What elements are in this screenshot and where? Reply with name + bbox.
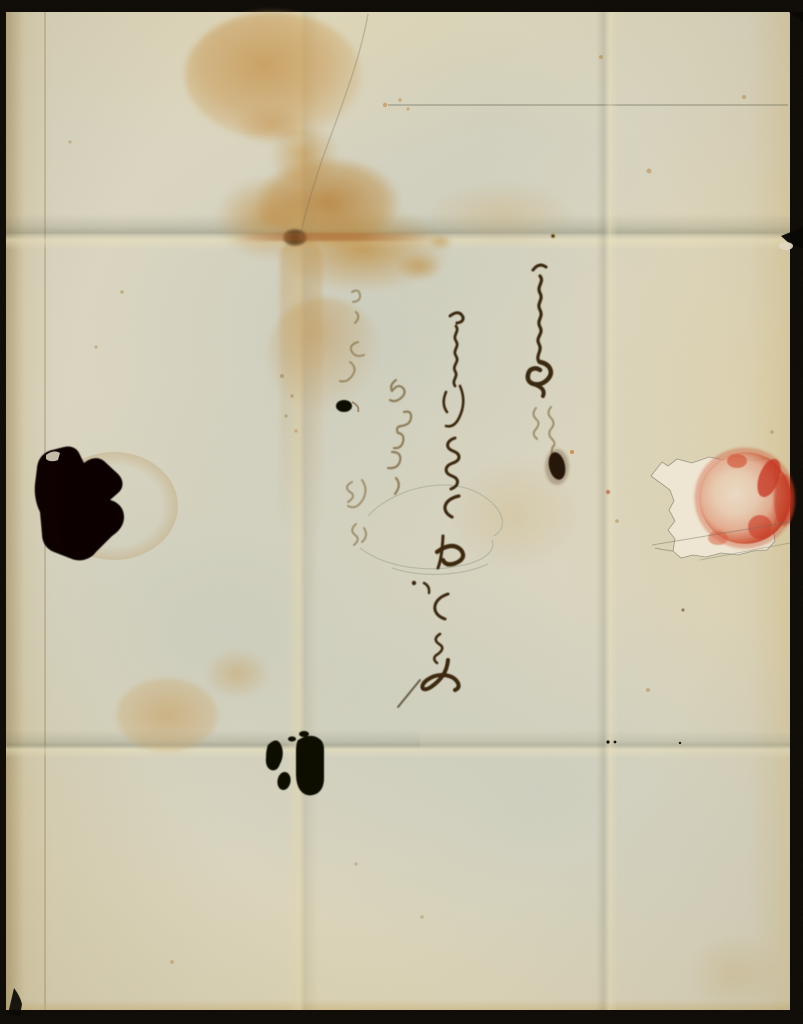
notch-top-right: [789, 12, 803, 22]
scan-vignette: [6, 12, 790, 1010]
scanned-letter: [0, 0, 803, 1024]
